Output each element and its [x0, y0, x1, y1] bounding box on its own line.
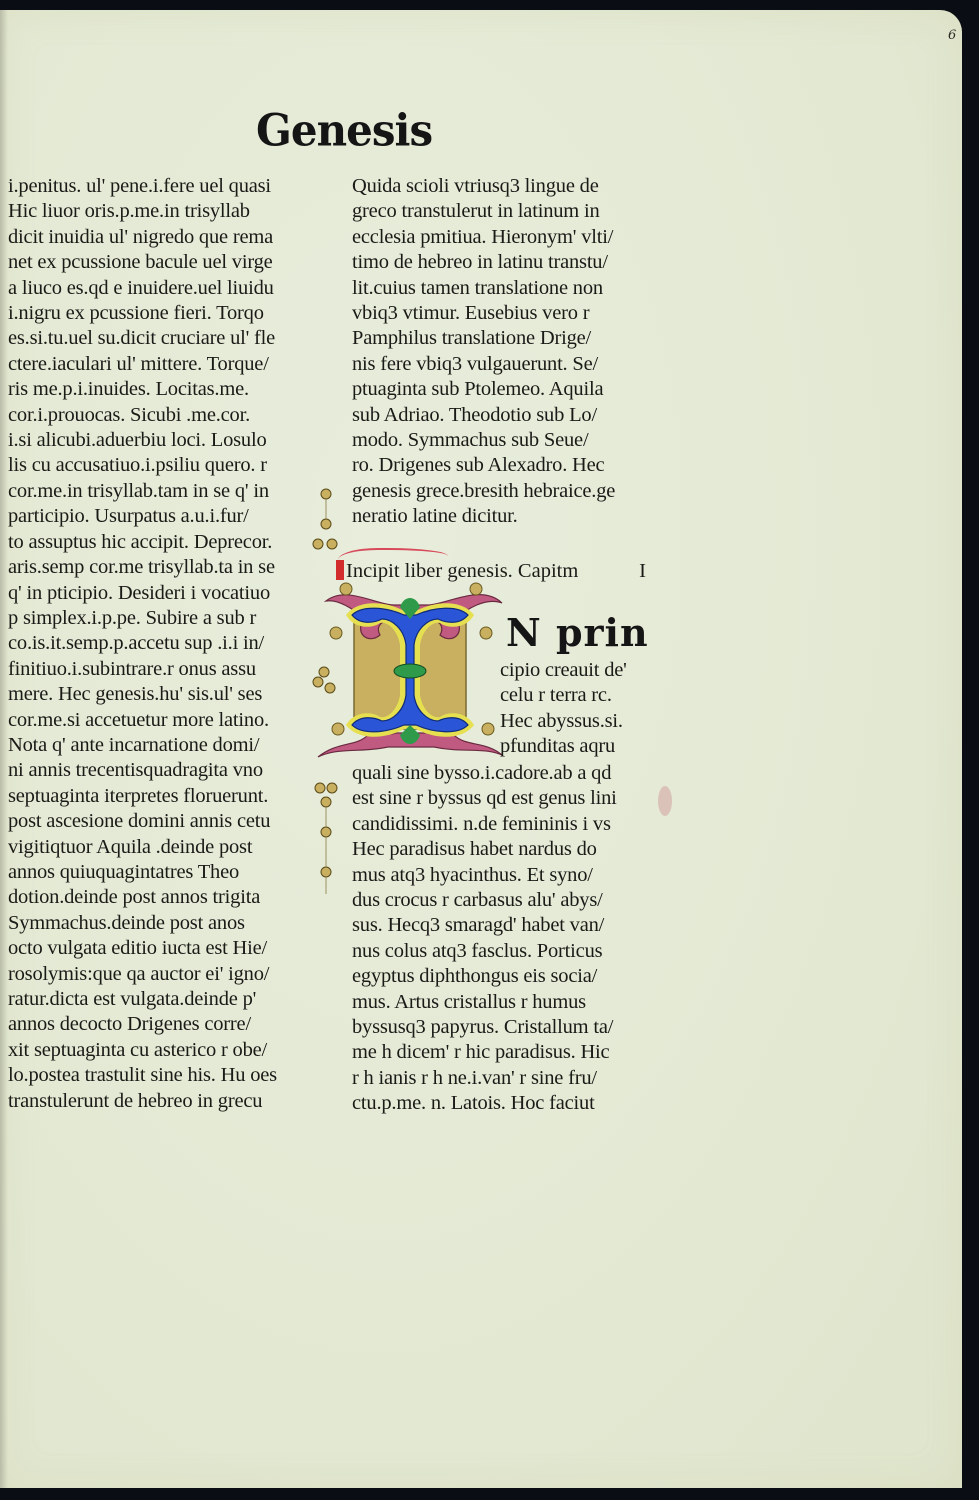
text-line: nis fere vbiq3 vulgauerunt. Se/ [352, 352, 652, 377]
text-line: finitiuo.i.subintrare.r onus assu [8, 657, 308, 682]
text-line: co.is.it.semp.p.accetu sup .i.i in/ [8, 631, 308, 656]
text-line: r h ianis r h ne.i.van' r sine fru/ [352, 1066, 652, 1091]
text-line: annos decocto Drigenes corre/ [8, 1012, 308, 1037]
text-line: Quida scioli vtriusq3 lingue de [352, 174, 652, 199]
text-line: quali sine bysso.i.cadore.ab a qd [352, 761, 652, 786]
text-line: es.si.tu.uel su.dicit cruciare ul' fle [8, 326, 308, 351]
right-column-top: Quida scioli vtriusq3 lingue degreco tra… [352, 174, 652, 530]
text-line: annos quiuquagintatres Theo [8, 860, 308, 885]
text-line: cor.me.in trisyllab.tam in se q' in [8, 479, 308, 504]
text-line: lit.cuius tamen translatione non [352, 276, 652, 301]
text-line: i.penitus. ul' pene.i.fere uel quasi [8, 174, 308, 199]
text-line: greco transtulerut in latinum in [352, 199, 652, 224]
text-line: participio. Usurpatus a.u.i.fur/ [8, 504, 308, 529]
text-line: mus. Artus cristallus r humus [352, 990, 652, 1015]
red-stain [658, 786, 672, 816]
text-line: xit septuaginta cu asterico r obe/ [8, 1038, 308, 1063]
text-line: aris.semp cor.me trisyllab.ta in se [8, 555, 308, 580]
text-line: sub Adriao. Theodotio sub Lo/ [352, 403, 652, 428]
running-head-text: Genesis [256, 105, 432, 156]
right-column-bottom: quali sine bysso.i.cadore.ab a qdest sin… [352, 761, 652, 1117]
text-line: dicit inuidia ul' nigredo que rema [8, 225, 308, 250]
text-line: byssusq3 papyrus. Cristallum ta/ [352, 1015, 652, 1040]
text-line: ratur.dicta est vulgata.deinde p' [8, 987, 308, 1012]
text-line: ecclesia pmitiua. Hieronym' vlti/ [352, 225, 652, 250]
text-line: cor.me.si accetuetur more latino. [8, 708, 308, 733]
chapter-number: I [639, 560, 646, 583]
text-line: cor.i.prouocas. Sicubi .me.cor. [8, 403, 308, 428]
folio-number: 6 [948, 28, 956, 43]
text-line: neratio latine dicitur. [352, 504, 652, 529]
text-line: transtulerunt de hebreo in grecu [8, 1089, 308, 1114]
text-line: rosolymis:que qa auctor ei' igno/ [8, 962, 308, 987]
text-line: lo.postea trastulit sine his. Hu oes [8, 1063, 308, 1088]
text-line: octo vulgata editio iucta est Hie/ [8, 936, 308, 961]
text-line: a liuco es.qd e inuidere.uel liuidu [8, 276, 308, 301]
text-line: dus crocus r carbasus alu' abys/ [352, 888, 652, 913]
text-line: Hec abyssus.si. [500, 709, 660, 734]
text-line: genesis grece.bresith hebraice.ge [352, 479, 652, 504]
text-line: post ascesione domini annis cetu [8, 809, 308, 834]
left-column: i.penitus. ul' pene.i.fere uel quasiHic … [8, 174, 308, 1114]
text-line: candidissimi. n.de femininis i vs [352, 812, 652, 837]
right-column-beside-initial: cipio creauit de'celu r terra rc.Hec aby… [500, 658, 660, 760]
text-line: nus colus atq3 fasclus. Porticus [352, 939, 652, 964]
text-line: vbiq3 vtimur. Eusebius vero r [352, 301, 652, 326]
text-line: i.si alicubi.aduerbiu loci. Losulo [8, 428, 308, 453]
text-line: cipio creauit de' [500, 658, 660, 683]
text-line: est sine r byssus qd est genus lini [352, 786, 652, 811]
text-line: me h dicem' r hic paradisus. Hic [352, 1040, 652, 1065]
text-line: Nota q' ante incarnatione domi/ [8, 733, 308, 758]
text-line: lis cu accusatiuo.i.psiliu quero. r [8, 453, 308, 478]
text-line: ctere.iaculari ul' mittere. Torque/ [8, 352, 308, 377]
text-line: timo de hebreo in latinu transtu/ [352, 250, 652, 275]
text-line: celu r terra rc. [500, 683, 660, 708]
illuminated-initial-icon [316, 575, 506, 765]
text-line: to assuptus hic accipit. Deprecor. [8, 530, 308, 555]
text-line: ro. Drigenes sub Alexadro. Hec [352, 453, 652, 478]
text-line: ctu.p.me. n. Latois. Hoc faciut [352, 1091, 652, 1116]
text-line: Symmachus.deinde post anos [8, 911, 308, 936]
text-line: ni annis trecentisquadragita vno [8, 758, 308, 783]
text-line: i.nigru ex pcussione fieri. Torqo [8, 301, 308, 326]
text-line: sus. Hecq3 smaragd' habet van/ [352, 913, 652, 938]
text-line: egyptus diphthongus eis socia/ [352, 964, 652, 989]
text-line: Pamphilus translatione Drige/ [352, 326, 652, 351]
text-line: mus atq3 hyacinthus. Et syno/ [352, 863, 652, 888]
text-line: ptuaginta sub Ptolemeo. Aquila [352, 377, 652, 402]
text-line: modo. Symmachus sub Seue/ [352, 428, 652, 453]
text-line: vigitiqtuor Aquila .deinde post [8, 835, 308, 860]
text-line: Hec paradisus habet nardus do [352, 837, 652, 862]
text-line: p simplex.i.p.pe. Subire a sub r [8, 606, 308, 631]
text-line: mere. Hec genesis.hu' sis.ul' ses [8, 682, 308, 707]
text-line: net ex pcussione bacule uel virge [8, 250, 308, 275]
binding-gutter [0, 10, 8, 1488]
text-line: dotion.deinde post annos trigita [8, 885, 308, 910]
running-head: Genesis [256, 105, 432, 156]
text-line: septuaginta iterpretes floruerunt. [8, 784, 308, 809]
text-line: pfunditas aqru [500, 734, 660, 759]
text-line: q' in pticipio. Desideri i vocatiuo [8, 581, 308, 606]
incipit-text: N prin [506, 610, 649, 655]
text-line: Hic liuor oris.p.me.in trisyllab [8, 199, 308, 224]
text-line: ris me.p.i.inuides. Locitas.me. [8, 377, 308, 402]
margin-ornament-icon [312, 476, 342, 896]
